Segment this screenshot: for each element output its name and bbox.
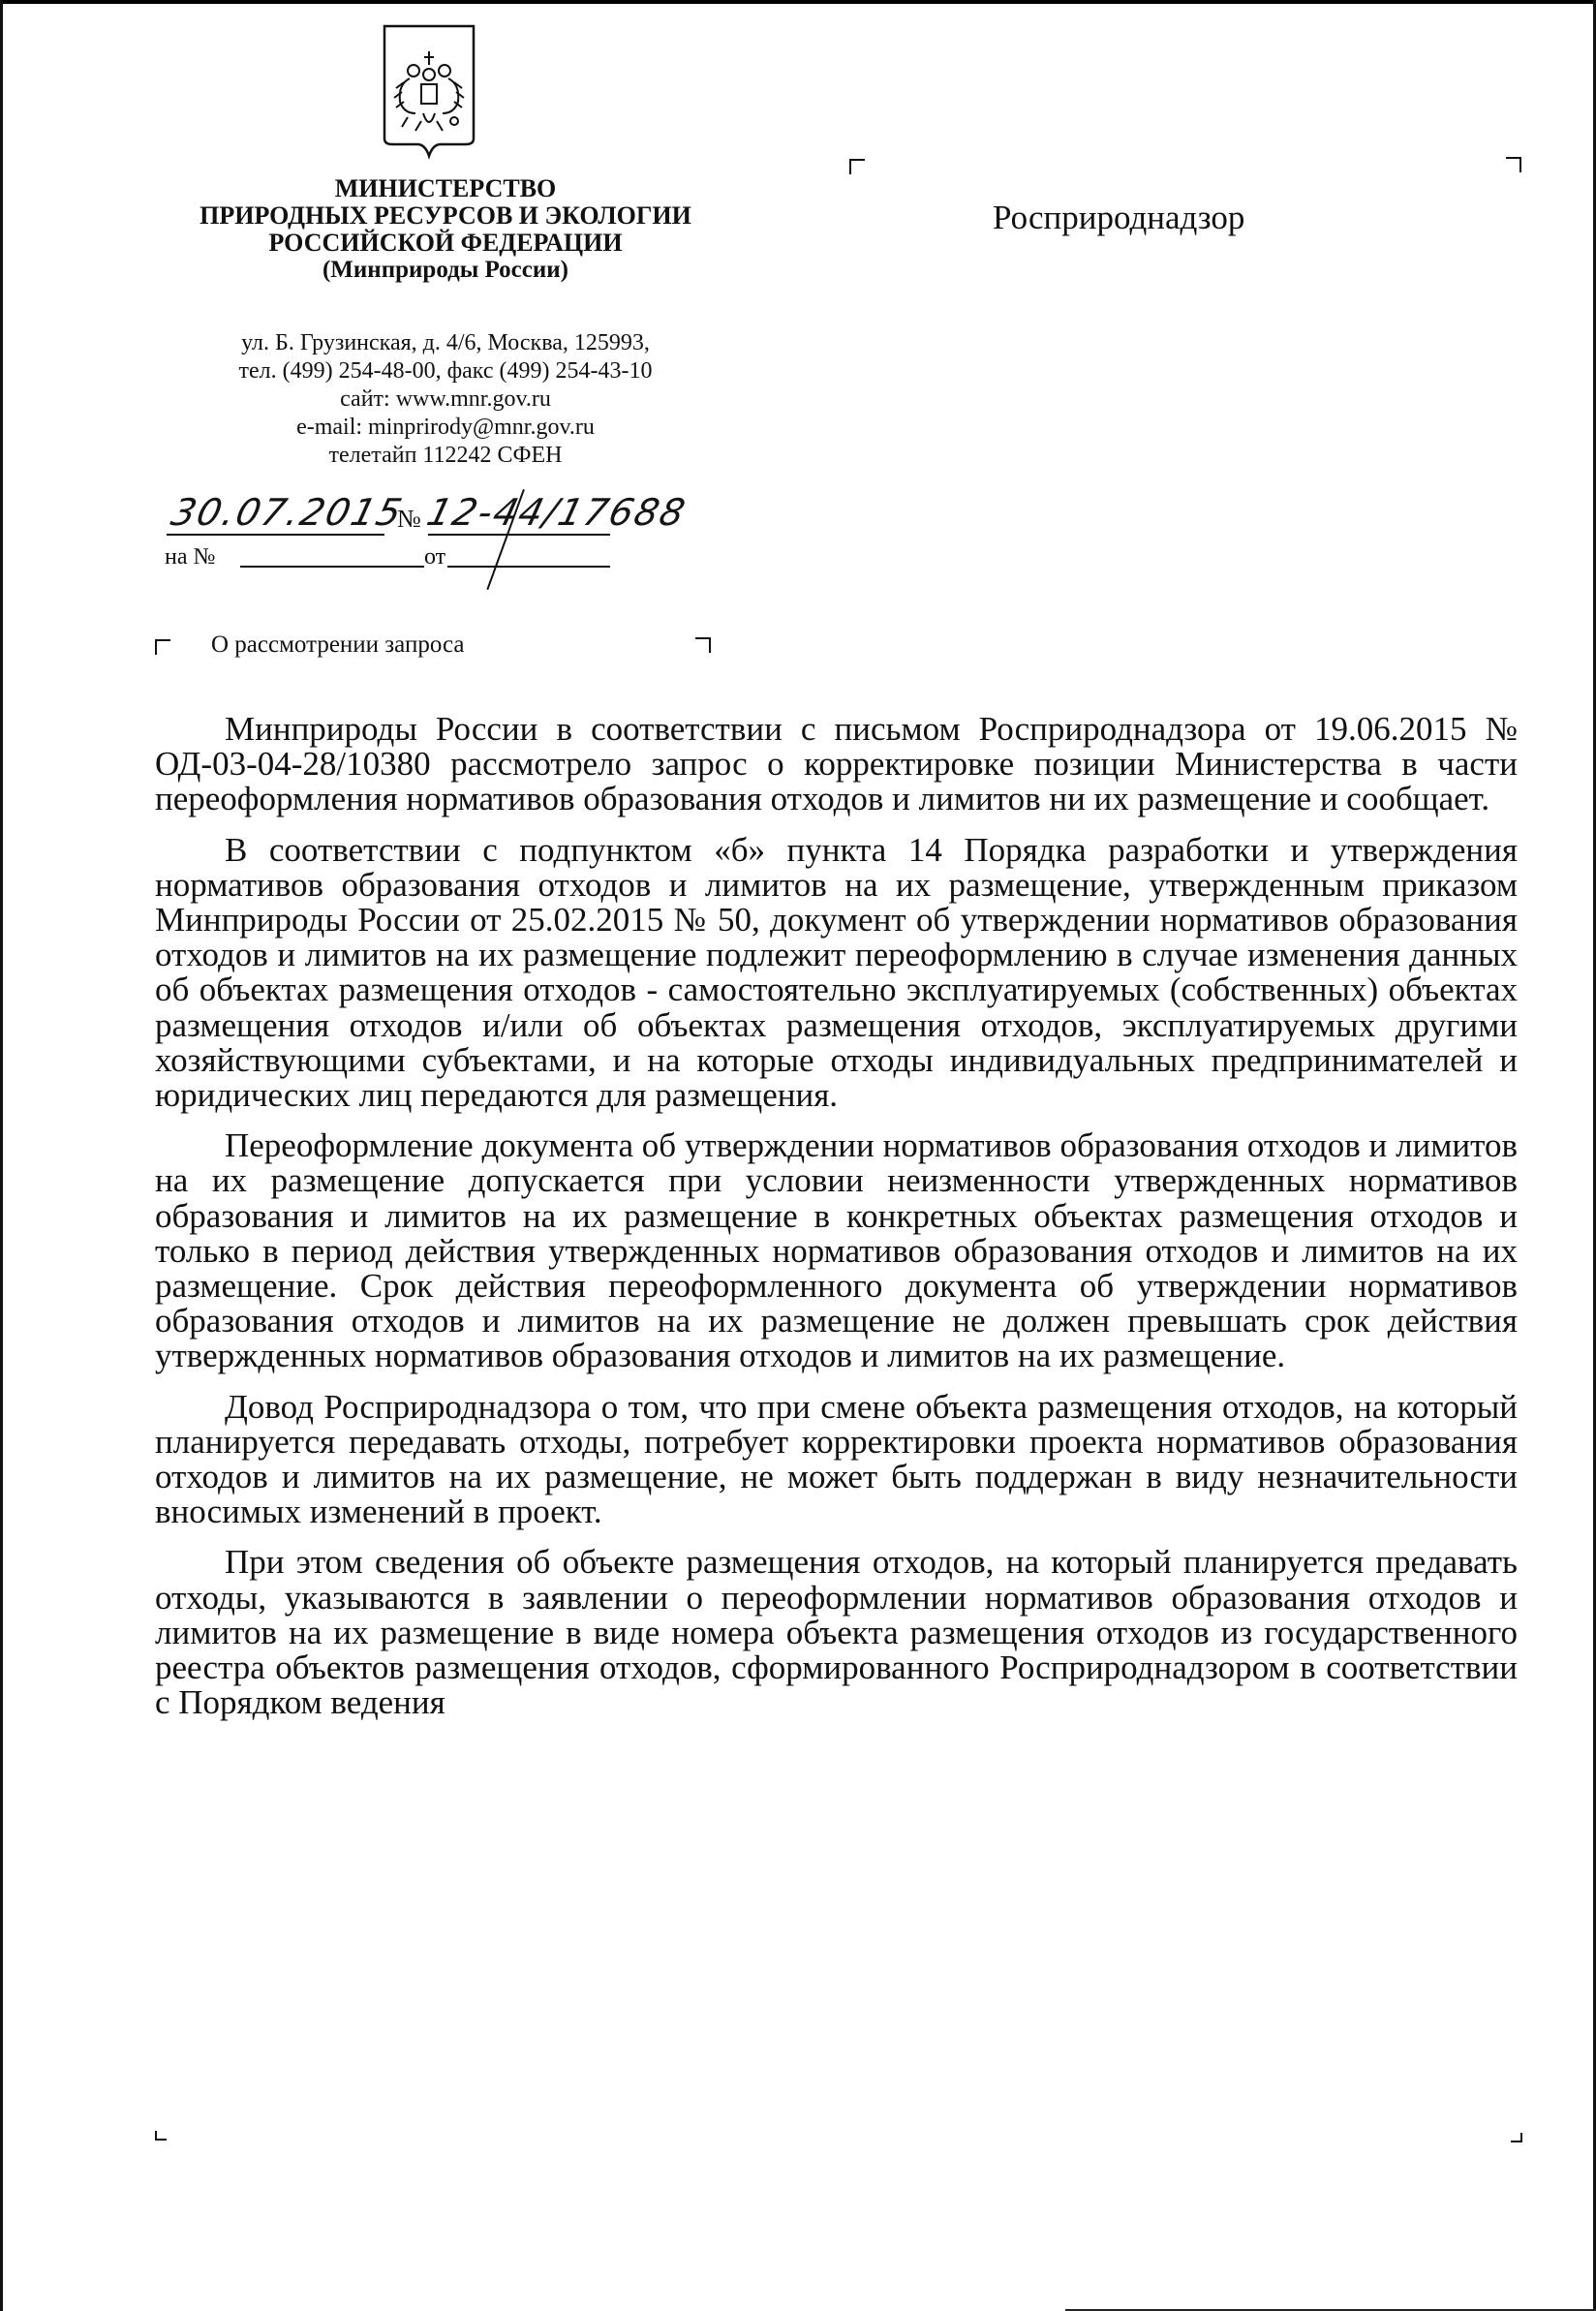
body-paragraph: Переоформление документа об утверждении … — [155, 1128, 1518, 1373]
subject-corner-mark — [155, 639, 170, 655]
scan-border-top — [0, 0, 1596, 4]
contact-block: ул. Б. Грузинская, д. 4/6, Москва, 12599… — [155, 329, 736, 470]
ministry-name-line: ПРИРОДНЫХ РЕСУРСОВ И ЭКОЛОГИИ — [155, 202, 736, 230]
email-line: e-mail: minprirody@mnr.gov.ru — [155, 414, 736, 442]
ministry-name: МИНИСТЕРСТВО ПРИРОДНЫХ РЕСУРСОВ И ЭКОЛОГ… — [155, 175, 736, 284]
registration-line: 30.07.2015 № 12-44/17688 — [165, 491, 804, 539]
russian-coat-of-arms-icon — [381, 24, 477, 160]
body-paragraph: Минприроды России в соответствии с письм… — [155, 712, 1518, 817]
body-paragraph: Довод Росприроднадзора о том, что при см… — [155, 1390, 1518, 1530]
ministry-short-name: (Минприроды России) — [155, 257, 736, 284]
letter-subject: О рассмотрении запроса — [211, 632, 464, 659]
website-line: сайт: www.mnr.gov.ru — [155, 385, 736, 414]
text-block-corner-mark — [155, 2131, 167, 2141]
scan-border-left — [0, 0, 3, 2311]
reply-number-blank — [240, 566, 424, 568]
phone-fax-line: тел. (499) 254-48-00, факс (499) 254-43-… — [155, 357, 736, 385]
body-paragraph: В соответствии с подпунктом «б» пункта 1… — [155, 833, 1518, 1114]
ministry-name-line: МИНИСТЕРСТВО — [155, 175, 736, 202]
reply-to-number-label: на № — [165, 544, 215, 570]
reply-from-label: от — [424, 544, 445, 570]
addressee-corner-mark — [1506, 157, 1521, 172]
letter-body: Минприроды России в соответствии с письм… — [155, 712, 1518, 1720]
ministry-name-line: РОССИЙСКОЙ ФЕДЕРАЦИИ — [155, 230, 736, 257]
registration-number: 12-44/17688 — [423, 491, 691, 534]
addressee: Росприроднадзор — [993, 199, 1244, 237]
date-underline — [167, 534, 384, 536]
number-underline — [428, 534, 610, 536]
address-line: ул. Б. Грузинская, д. 4/6, Москва, 12599… — [155, 329, 736, 357]
registration-date: 30.07.2015 — [168, 491, 409, 534]
text-block-corner-mark — [1511, 2133, 1522, 2142]
number-sign: № — [397, 505, 421, 534]
teletype-line: телетайп 112242 СФЕН — [155, 442, 736, 470]
addressee-corner-mark — [849, 159, 865, 174]
reply-date-blank — [447, 566, 610, 568]
subject-corner-mark — [695, 637, 711, 653]
body-paragraph: При этом сведения об объекте размещения … — [155, 1545, 1518, 1720]
